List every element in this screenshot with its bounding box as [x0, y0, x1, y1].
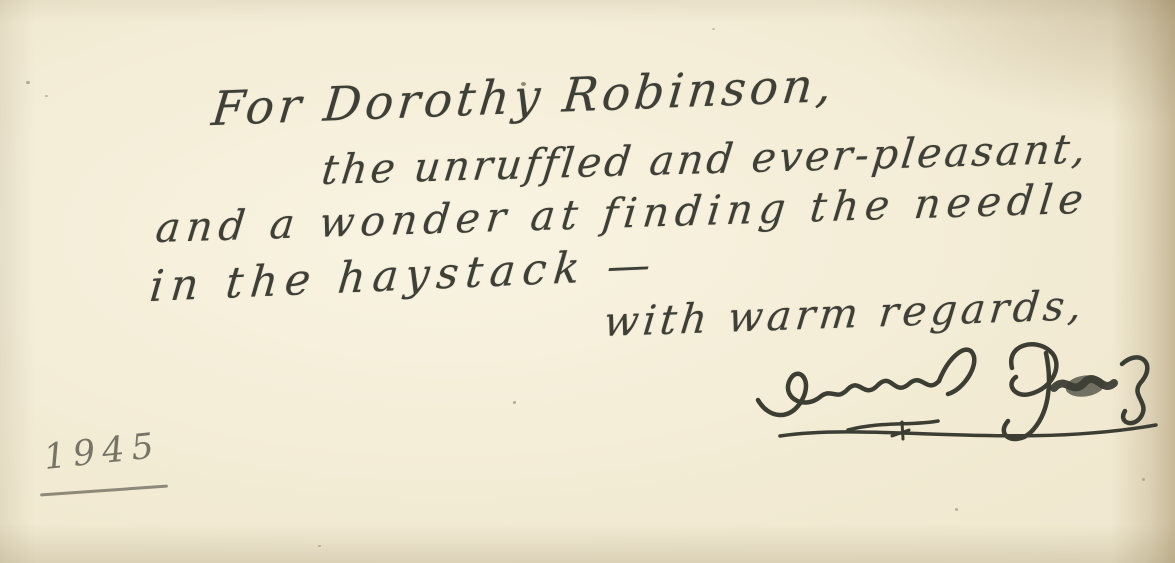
- paper-speck: [45, 95, 48, 97]
- book-inscription-page: For Dorothy Robinson, the unruffled and …: [0, 0, 1175, 563]
- paper-speck: [955, 508, 958, 511]
- inscription-line-compliment-3: in the haystack —: [148, 240, 660, 312]
- paper-speck: [513, 401, 516, 404]
- inscription-line-dedication: For Dorothy Robinson,: [209, 58, 838, 137]
- signature-flourish: [752, 336, 1170, 460]
- year-underline: [40, 485, 168, 497]
- inscription-year: 1945: [42, 426, 163, 478]
- paper-speck: [318, 545, 321, 547]
- paper-speck: [521, 82, 526, 86]
- paper-speck: [26, 81, 30, 84]
- paper-speck: [1142, 478, 1145, 481]
- paper-speck: [712, 28, 715, 30]
